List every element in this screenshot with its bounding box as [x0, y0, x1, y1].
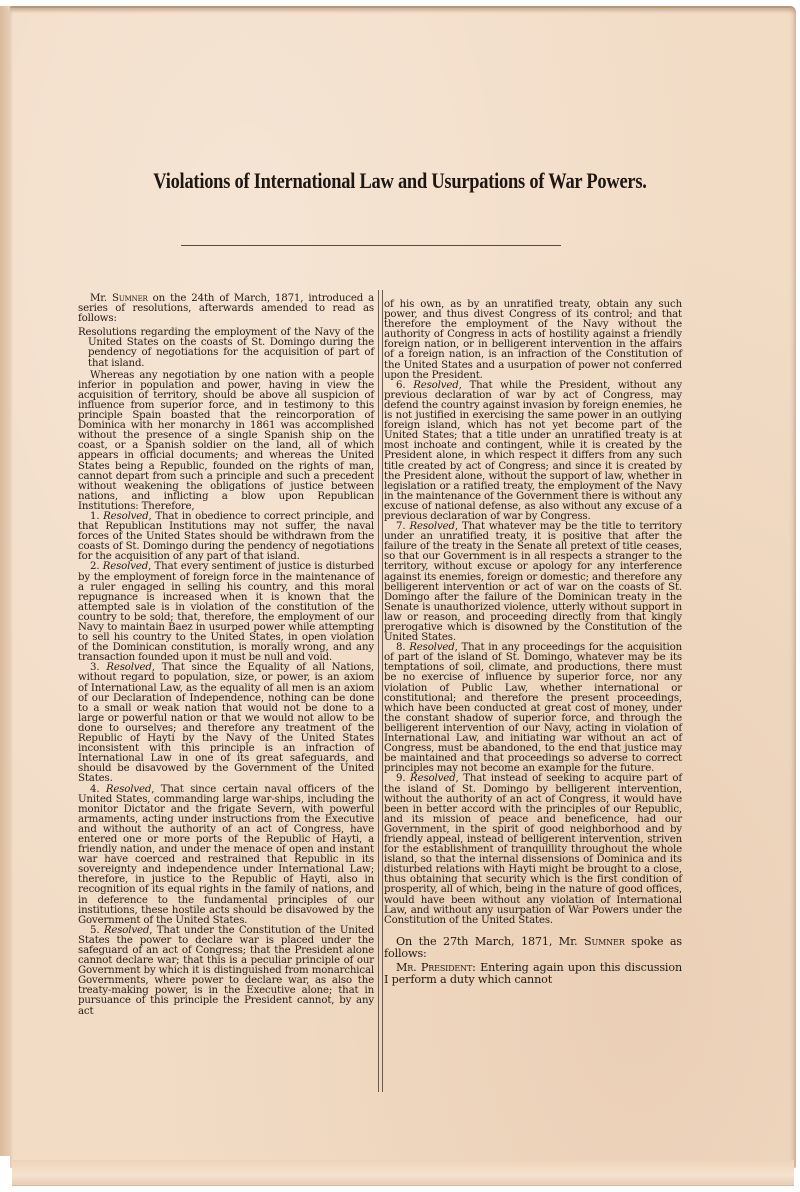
left-column: Mr. Sumner on the 24th of March, 1871, i… — [78, 294, 374, 1017]
resolution-text: , That while the President, without any … — [384, 380, 682, 522]
resolution-9: 9. Resolved, That instead of seeking to … — [384, 774, 682, 925]
resolution-5: 5. Resolved, That under the Constitution… — [78, 926, 374, 1017]
column-divider — [378, 290, 383, 1092]
resolution-text: , That every sentiment of justice is dis… — [78, 561, 374, 663]
page-bottom-fold — [12, 1160, 794, 1186]
speech-intro: On the 27th March, 1871, Mr. Sumner spok… — [384, 936, 682, 960]
resolution-2: 2. Resolved, That every sentiment of jus… — [78, 562, 374, 663]
resolution-text: , That since certain naval officers of t… — [78, 784, 374, 926]
resolution-text: , That instead of seeking to acquire par… — [384, 773, 682, 925]
resolution-7: 7. Resolved, That whatever may be the ti… — [384, 522, 682, 643]
resolution-1: 1. Resolved, That in obedience to correc… — [78, 512, 374, 562]
preamble: Whereas any negotiation by one nation wi… — [78, 371, 374, 512]
resolution-3: 3. Resolved, That since the Equality of … — [78, 663, 374, 784]
resolution-text: , That in any proceedings for the acquis… — [384, 642, 682, 774]
right-column: of his own, as by an unratified treaty, … — [384, 300, 682, 986]
resolutions-heading: Resolutions regarding the employment of … — [78, 328, 374, 368]
intro-paragraph: Mr. Sumner on the 24th of March, 1871, i… — [78, 294, 374, 324]
resolution-8: 8. Resolved, That in any proceedings for… — [384, 643, 682, 774]
speech-opening: Mr. President: Entering again upon this … — [384, 962, 682, 986]
title-rule — [181, 245, 561, 246]
resolution-4: 4. Resolved, That since certain naval of… — [78, 785, 374, 926]
resolution-text: , That whatever may be the title to terr… — [384, 521, 682, 643]
resolution-6: 6. Resolved, That while the President, w… — [384, 381, 682, 522]
document-title: Violations of International Law and Usur… — [72, 168, 728, 194]
resolution-text: , That under the Constitution of the Uni… — [78, 925, 374, 1017]
speaker-name: Sumner — [584, 935, 625, 948]
resolution-text: , That since the Equality of all Nations… — [78, 662, 374, 784]
resolution-5-continued: of his own, as by an unratified treaty, … — [384, 300, 682, 381]
